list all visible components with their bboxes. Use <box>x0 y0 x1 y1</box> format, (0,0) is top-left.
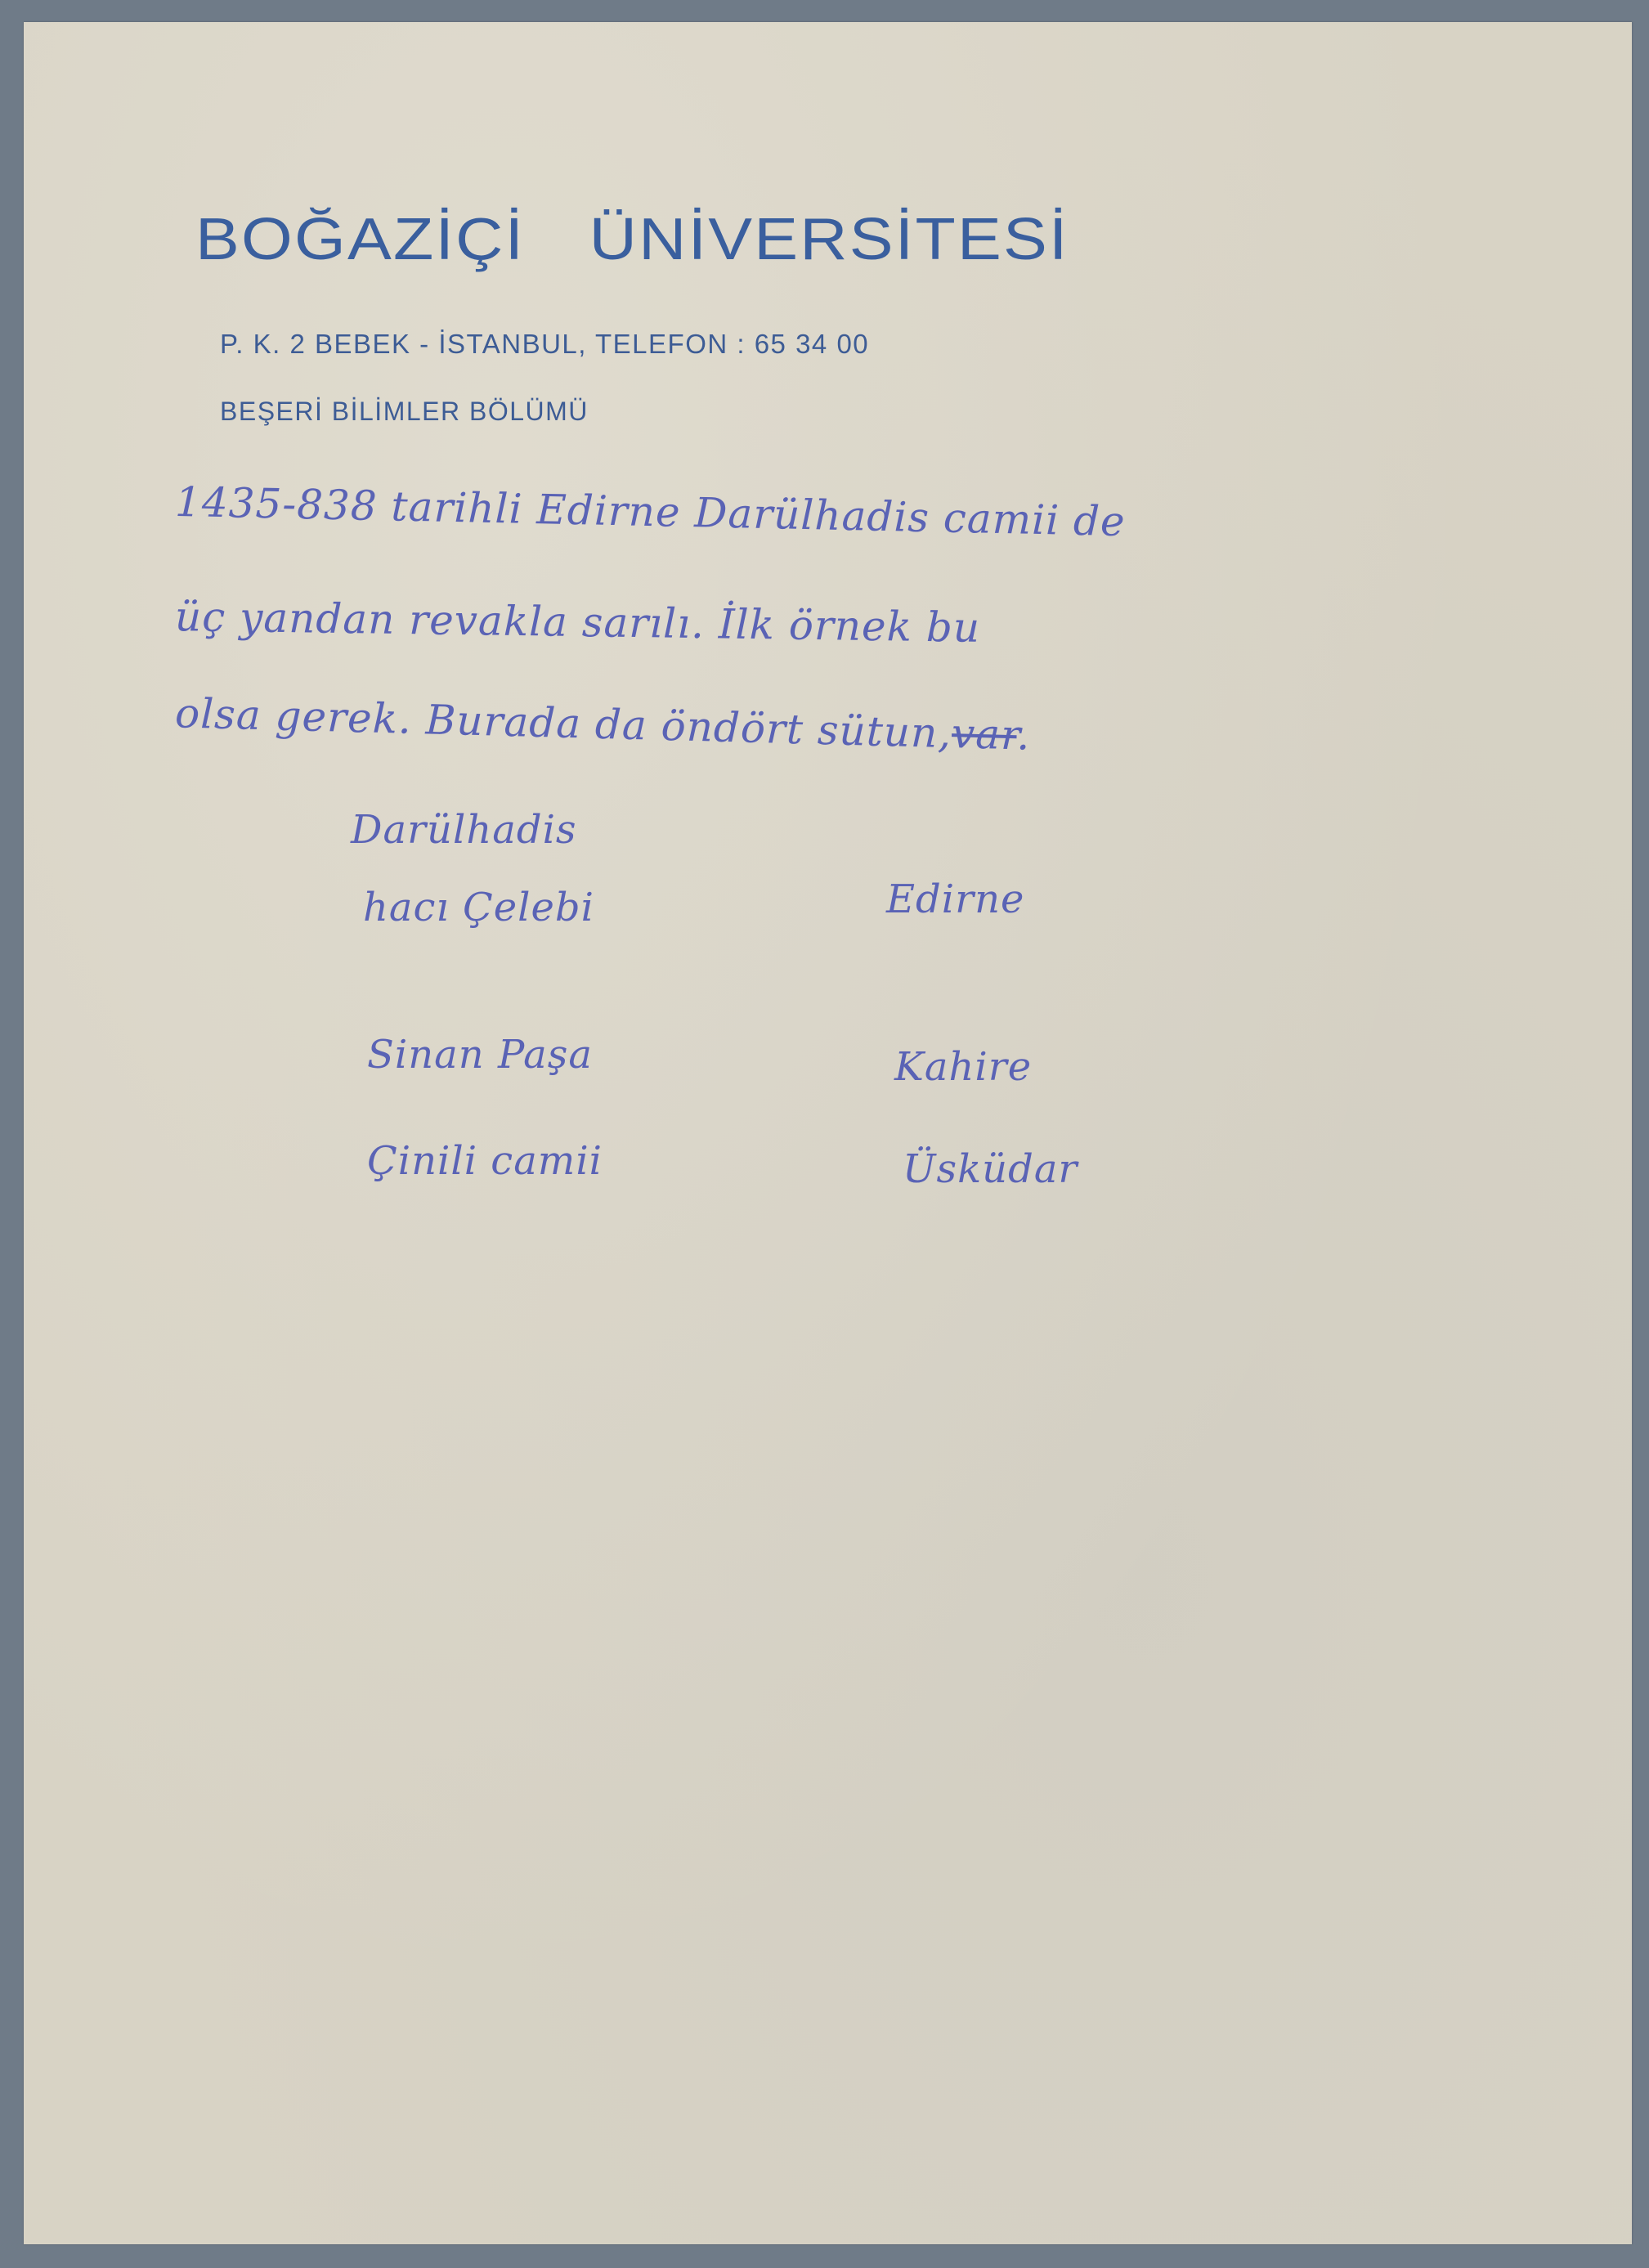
department-line: BEŞERİ BİLİMLER BÖLÜMÜ <box>220 397 589 427</box>
letter-paper: BOĞAZİÇİÜNİVERSİTESİ P. K. 2 BEBEK - İST… <box>24 22 1632 2244</box>
list-item-name: hacı Çelebi <box>363 885 594 930</box>
note-line-3-text: olsa gerek. Burada da öndört sütun, <box>174 689 952 757</box>
note-line-1: 1435-838 tarihli Edirne Darülhadis camii… <box>175 478 1127 545</box>
university-name-part1: BOĞAZİÇİ <box>195 207 525 272</box>
list-item-name: Sinan Paşa <box>367 1032 593 1078</box>
list-heading: Darülhadis <box>351 807 577 853</box>
letterhead: BOĞAZİÇİÜNİVERSİTESİ P. K. 2 BEBEK - İST… <box>195 210 975 269</box>
list-item-place: Üsküdar <box>903 1146 1078 1192</box>
trailing-punct: . <box>1016 711 1031 759</box>
list-item-name: Çinili camii <box>367 1138 603 1184</box>
note-line-3: olsa gerek. Burada da öndört sütun,var. <box>174 689 1031 759</box>
university-name: BOĞAZİÇİÜNİVERSİTESİ <box>195 210 1069 269</box>
note-line-2: üç yandan revakla sarılı. İlk örnek bu <box>175 593 981 652</box>
list-item-place: Edirne <box>886 876 1024 922</box>
university-name-part2: ÜNİVERSİTESİ <box>589 207 1069 272</box>
struck-word: var <box>951 710 1017 759</box>
address-line: P. K. 2 BEBEK - İSTANBUL, TELEFON : 65 3… <box>220 329 869 360</box>
list-item-place: Kahire <box>894 1044 1032 1090</box>
